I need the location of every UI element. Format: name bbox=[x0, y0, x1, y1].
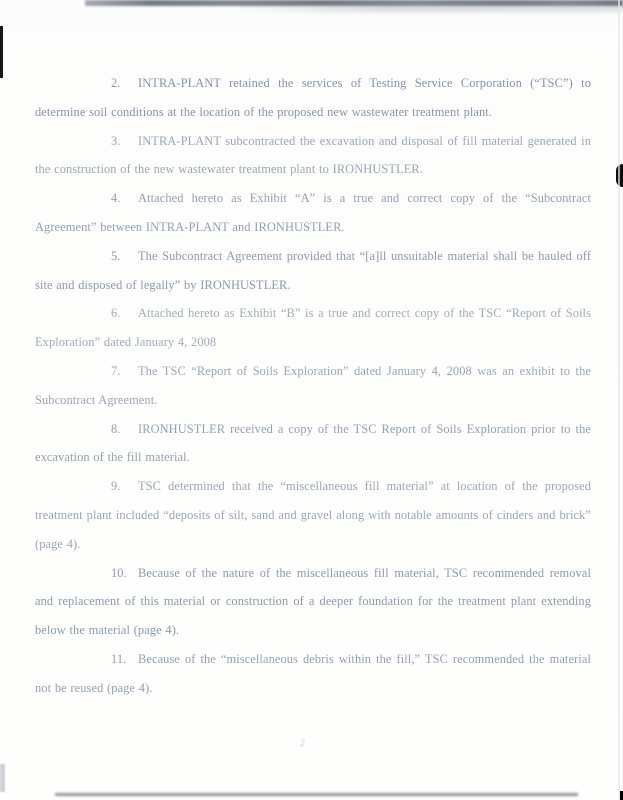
paragraph-number: 2. bbox=[111, 69, 138, 98]
pleading-body: 2.INTRA-PLANT retained the services of T… bbox=[35, 69, 591, 703]
paragraph-9: 9.TSC determined that the “miscellaneous… bbox=[35, 472, 591, 558]
scan-artifact-left-edge bbox=[0, 26, 3, 78]
paragraph-number: 9. bbox=[111, 472, 138, 501]
scan-artifact-top-smudge bbox=[230, 3, 623, 12]
paragraph-number: 6. bbox=[111, 299, 138, 328]
paragraph-11: 11.Because of the “miscellaneous debris … bbox=[35, 645, 591, 703]
paragraph-number: 8. bbox=[111, 415, 138, 444]
scanned-page: 2.INTRA-PLANT retained the services of T… bbox=[0, 0, 623, 800]
paragraph-2: 2.INTRA-PLANT retained the services of T… bbox=[35, 69, 591, 127]
paragraph-7: 7.The TSC “Report of Soils Exploration” … bbox=[35, 357, 591, 415]
paragraph-5: 5.The Subcontract Agreement provided tha… bbox=[35, 242, 591, 300]
paragraph-10: 10.Because of the nature of the miscella… bbox=[35, 559, 591, 645]
scan-artifact-bottom-left bbox=[0, 764, 5, 792]
paragraph-number: 4. bbox=[111, 184, 138, 213]
paragraph-8: 8.IRONHUSTLER received a copy of the TSC… bbox=[35, 415, 591, 473]
paragraph-number: 11. bbox=[111, 645, 138, 674]
page-number: 2 bbox=[0, 737, 605, 749]
scan-artifact-bottom-band bbox=[55, 793, 578, 796]
paragraph-number: 3. bbox=[111, 127, 138, 156]
page-edge-shadow bbox=[618, 0, 620, 800]
paragraph-3: 3.INTRA-PLANT subcontracted the excavati… bbox=[35, 127, 591, 185]
paragraph-4: 4.Attached hereto as Exhibit “A” is a tr… bbox=[35, 184, 591, 242]
paragraph-6: 6.Attached hereto as Exhibit “B” is a tr… bbox=[35, 299, 591, 357]
paragraph-number: 7. bbox=[111, 357, 138, 386]
paragraph-number: 5. bbox=[111, 242, 138, 271]
paragraph-number: 10. bbox=[111, 559, 138, 588]
